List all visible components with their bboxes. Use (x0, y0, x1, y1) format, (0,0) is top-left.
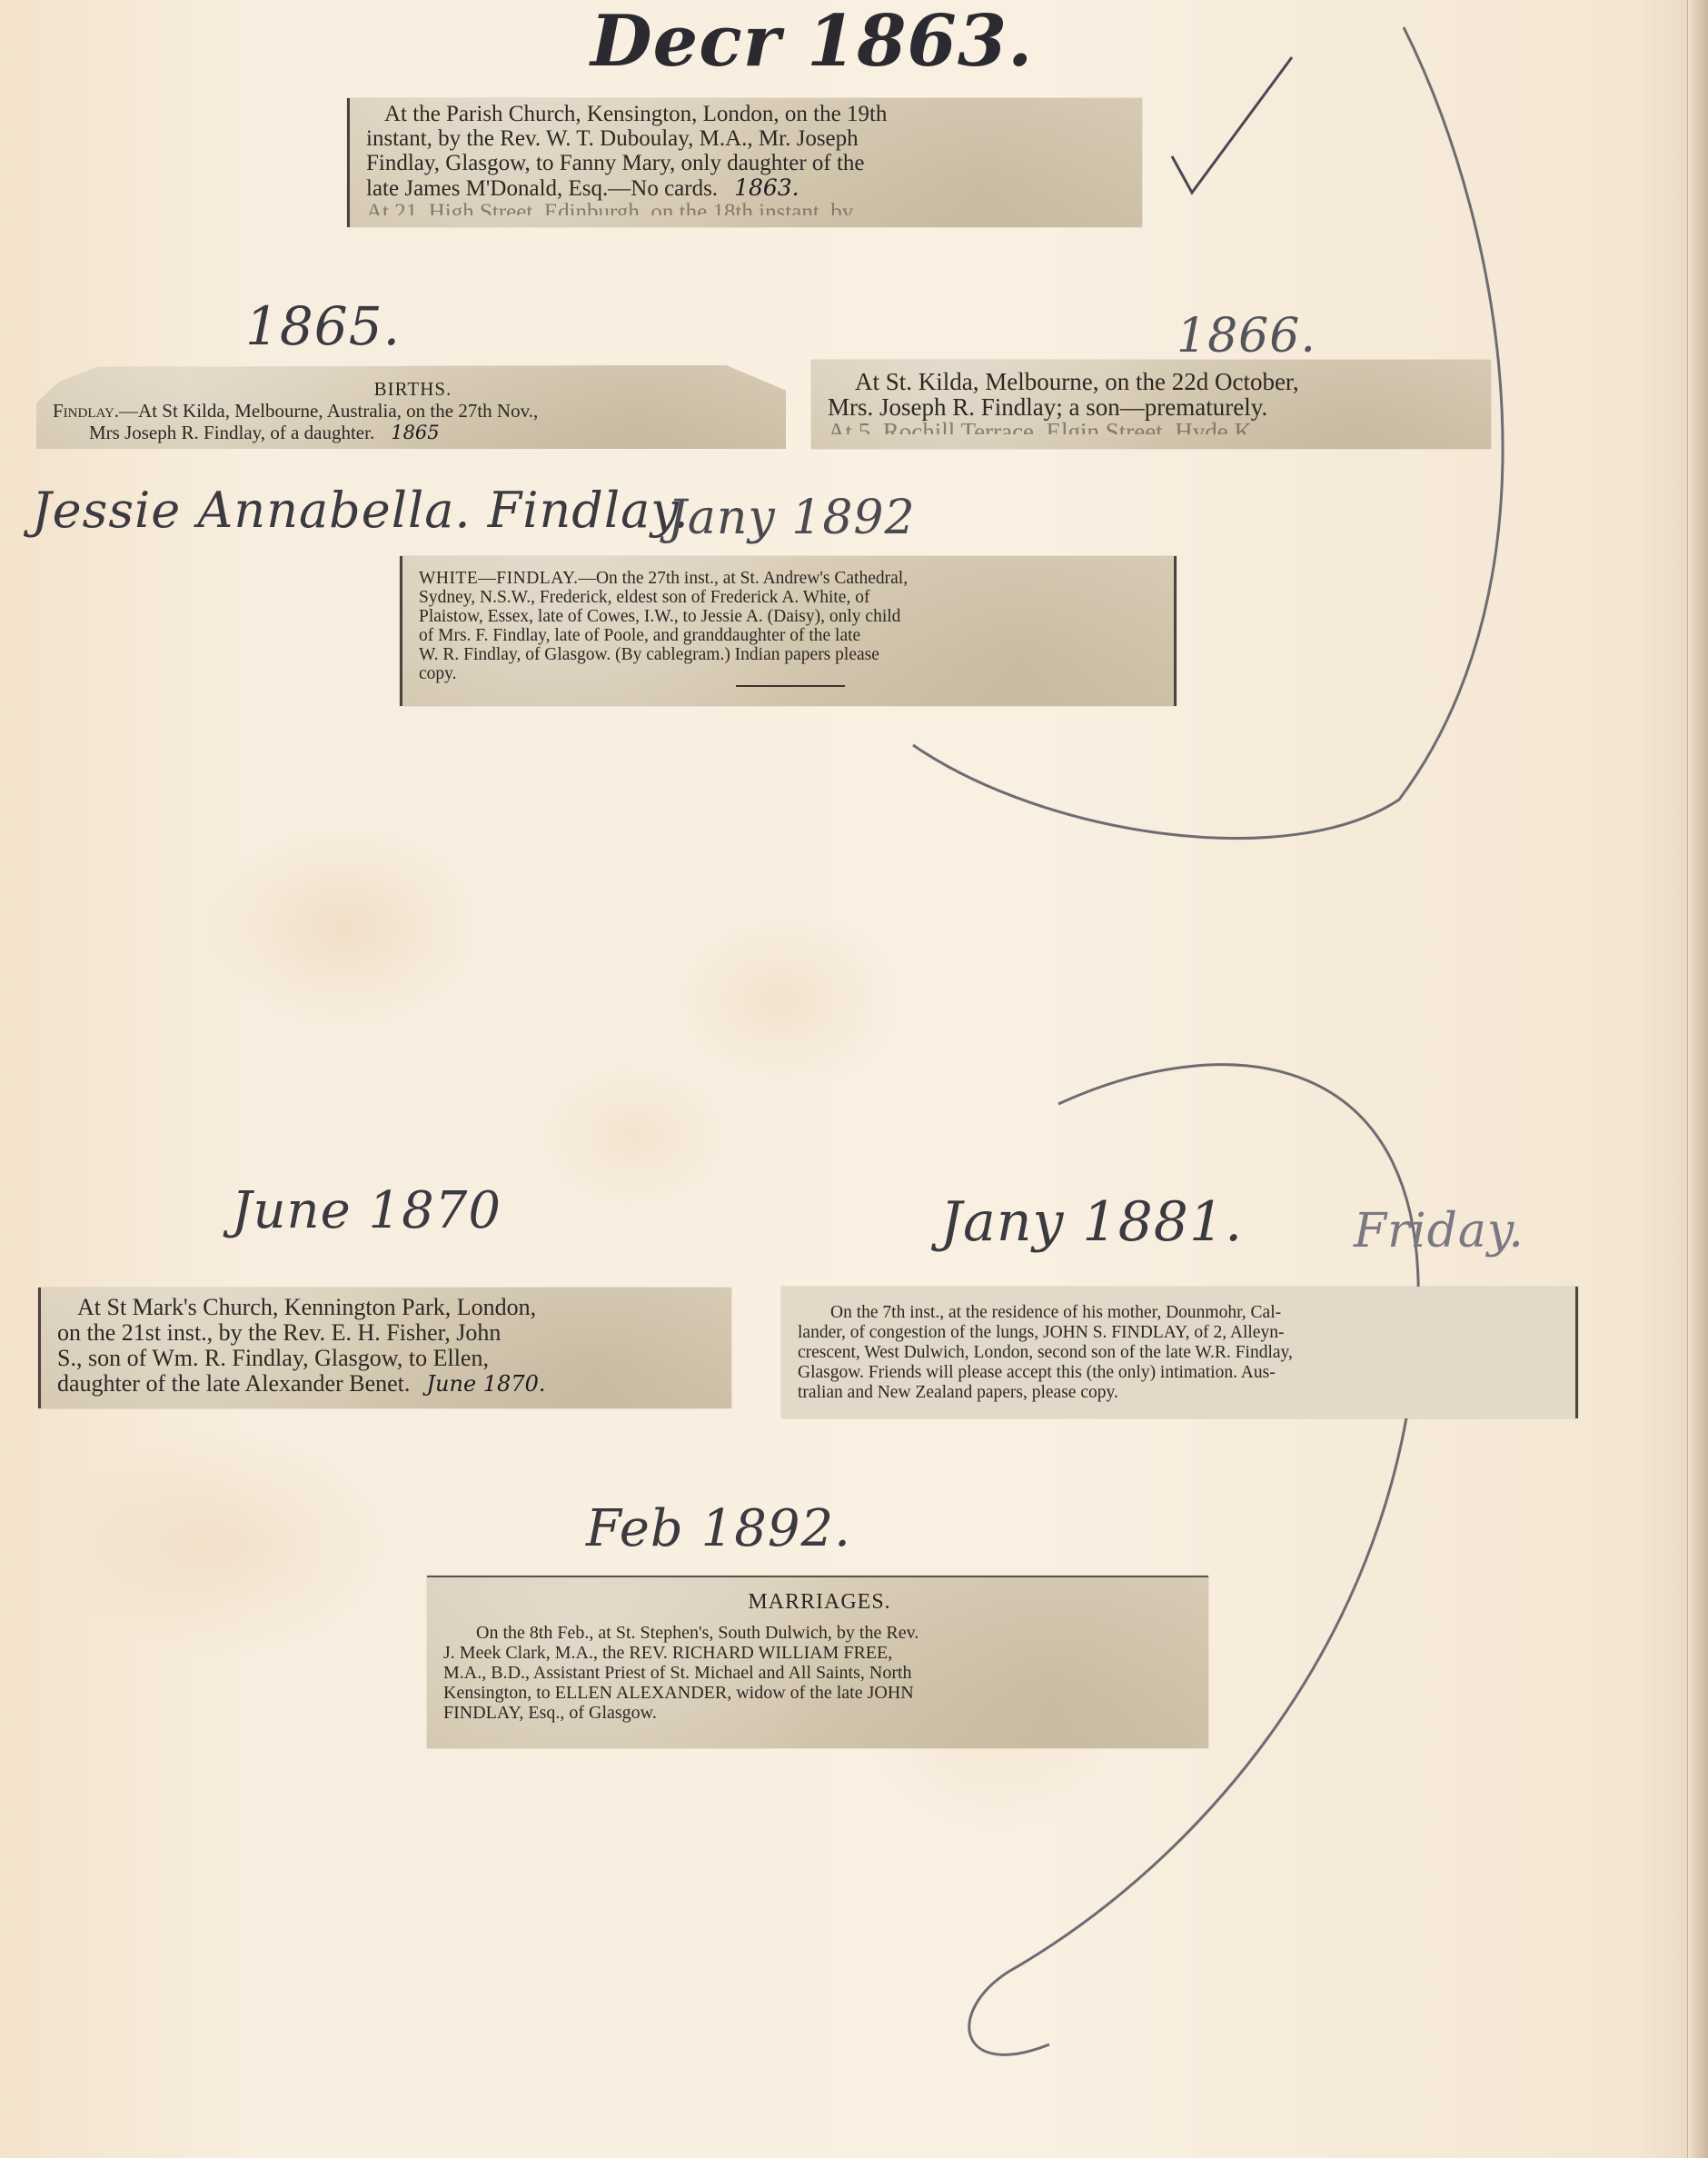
clip-line: At the Parish Church, Kensington, London… (366, 102, 1129, 126)
annotation-1866: 1866. (1177, 309, 1316, 363)
clip-line: Findlay.—At St Kilda, Melbourne, Austral… (53, 400, 773, 422)
clip-line: On the 8th Feb., at St. Stephen's, South… (443, 1623, 1196, 1643)
clipping-birth-1866: At St. Kilda, Melbourne, on the 22d Octo… (811, 360, 1491, 449)
clip-line: At St. Kilda, Melbourne, on the 22d Octo… (828, 369, 1478, 394)
clip-line: Mrs Joseph R. Findlay, of a daughter.186… (53, 422, 773, 443)
handwritten-date: June 1870. (426, 1371, 545, 1397)
clip-line: daughter of the late Alexander Benet.Jun… (57, 1371, 719, 1397)
headline: WHITE—FINDLAY. (419, 569, 578, 588)
clip-line: J. Meek Clark, M.A., the REV. RICHARD WI… (443, 1643, 1196, 1663)
clipping-marriage-1892-white: WHITE—FINDLAY.—On the 27th inst., at St.… (400, 556, 1177, 706)
clip-line: copy. (419, 664, 1161, 683)
annotation-dec-1863: Decr 1863. (591, 0, 1033, 83)
clipping-marriage-1863: At the Parish Church, Kensington, London… (347, 98, 1142, 227)
annotation-jany-1892: Jany 1892 (668, 491, 916, 545)
clipping-marriage-1892-free: MARRIAGES. On the 8th Feb., at St. Steph… (427, 1576, 1208, 1748)
clip-line: S., son of Wm. R. Findlay, Glasgow, to E… (57, 1346, 719, 1371)
clip-line: At St Mark's Church, Kennington Park, Lo… (57, 1295, 719, 1320)
clip-line: Sydney, N.S.W., Frederick, eldest son of… (419, 588, 1161, 607)
annotation-1865: 1865. (245, 295, 401, 357)
clip-line: W. R. Findlay, of Glasgow. (By cablegram… (419, 645, 1161, 664)
clip-line: Mrs. Joseph R. Findlay; a son—prematurel… (828, 394, 1478, 420)
clip-line: On the 7th inst., at the residence of hi… (798, 1303, 1563, 1323)
clip-line: instant, by the Rev. W. T. Duboulay, M.A… (366, 126, 1129, 151)
clip-line: lander, of congestion of the lungs, JOHN… (798, 1323, 1563, 1343)
cut-line: At 5, Rochill Terrace, Elgin Street, Hyd… (828, 420, 1478, 434)
clip-line: late James M'Donald, Esq.—No cards.1863. (366, 175, 1129, 201)
births-heading: BIRTHS. (53, 373, 773, 400)
clip-line: Plaistow, Essex, late of Cowes, I.W., to… (419, 607, 1161, 626)
cut-line: At 21, High Street, Edinburgh, on the 18… (366, 201, 1129, 215)
clip-line: WHITE—FINDLAY.—On the 27th inst., at St.… (419, 569, 1161, 588)
clip-line: Glasgow. Friends will please accept this… (798, 1363, 1563, 1383)
annotation-feb-1892: Feb 1892. (586, 1499, 851, 1558)
clipping-birth-1865: BIRTHS. Findlay.—At St Kilda, Melbourne,… (36, 365, 786, 449)
clip-line: Findlay, Glasgow, to Fanny Mary, only da… (366, 151, 1129, 175)
tick-mark-icon (1172, 57, 1292, 193)
annotation-friday: Friday. (1354, 1204, 1524, 1258)
clip-line: FINDLAY, Esq., of Glasgow. (443, 1703, 1196, 1723)
handwritten-year: 1865 (391, 422, 439, 443)
handwritten-year: 1863. (734, 174, 799, 201)
clip-line: on the 21st inst., by the Rev. E. H. Fis… (57, 1320, 719, 1346)
closing-rule (736, 685, 845, 687)
annotation-jessie-name: Jessie Annabella. Findlay. (32, 482, 690, 539)
clip-line: Kensington, to ELLEN ALEXANDER, widow of… (443, 1683, 1196, 1703)
page-edge (1687, 0, 1708, 2158)
clip-line: crescent, West Dulwich, London, second s… (798, 1343, 1563, 1363)
clipping-death-1881: On the 7th inst., at the residence of hi… (781, 1287, 1578, 1418)
annotation-jany-1881: Jany 1881. (940, 1190, 1243, 1254)
clip-line: of Mrs. F. Findlay, late of Poole, and g… (419, 626, 1161, 645)
marriages-heading: MARRIAGES. (443, 1592, 1196, 1612)
annotation-june-1870: June 1870 (232, 1181, 501, 1240)
clip-line: tralian and New Zealand papers, please c… (798, 1383, 1563, 1403)
clip-line: M.A., B.D., Assistant Priest of St. Mich… (443, 1663, 1196, 1683)
clipping-marriage-1870: At St Mark's Church, Kennington Park, Lo… (38, 1288, 731, 1408)
